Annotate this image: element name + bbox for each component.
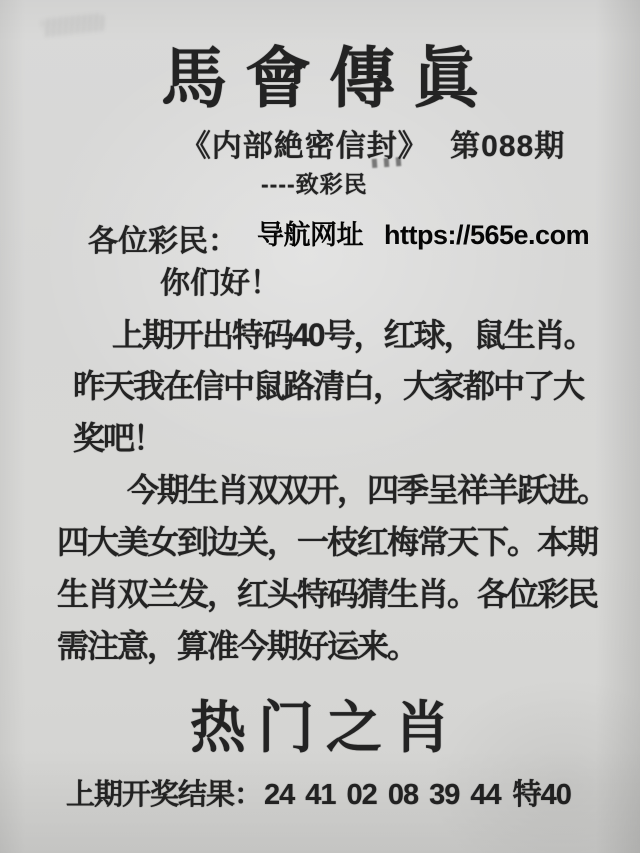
body-line: 四大美女到边关，一枝红梅常天下。本期 xyxy=(57,517,597,563)
body-line: 奖吧！ xyxy=(73,413,163,459)
body-line: 昨天我在信中鼠路清白，大家都中了大 xyxy=(73,361,583,407)
nav-label: 导航网址 xyxy=(257,220,363,250)
scan-smudge-watermark xyxy=(41,13,105,37)
nav-url: https://565e.com xyxy=(384,220,589,250)
issue-number: 第088期 xyxy=(450,130,565,163)
result-number: 08 xyxy=(388,779,418,812)
body-line: 生肖双兰发，红头特码猜生肖。各位彩民 xyxy=(57,569,597,615)
page-title: 馬會傳眞 xyxy=(0,42,640,118)
results-label: 上期开奖结果： xyxy=(66,772,262,813)
special-number: 特40 xyxy=(513,772,571,813)
previous-results-line: 上期开奖结果： 24 41 02 08 39 44 特40 xyxy=(66,772,571,813)
fax-sheet: 馬會傳眞 《内部絶密信封》 第088期 ----致彩民 各位彩民： 导航网址 h… xyxy=(0,0,640,853)
dedication-line: ----致彩民 xyxy=(261,166,368,199)
nav-url-overlay: 导航网址 https://565e.com xyxy=(257,213,589,252)
result-number: 41 xyxy=(305,779,335,812)
hot-zodiac-heading: 热门之肖 xyxy=(0,684,640,764)
ink-speck xyxy=(372,157,403,168)
result-number: 02 xyxy=(347,779,377,812)
body-line: 上期开出特码40号，红球，鼠生肖。 xyxy=(112,310,594,356)
body-line: 需注意，算准今期好运来。 xyxy=(57,621,417,667)
salutation: 各位彩民： xyxy=(88,216,238,260)
result-number: 44 xyxy=(470,779,500,812)
result-number: 24 xyxy=(264,779,294,812)
issue-line: 《内部絶密信封》 第088期 xyxy=(0,121,640,165)
result-number: 39 xyxy=(429,779,459,812)
body-line: 今期生肖双双开，四季呈祥羊跃进。 xyxy=(127,465,607,511)
greeting: 你们好！ xyxy=(160,258,280,302)
